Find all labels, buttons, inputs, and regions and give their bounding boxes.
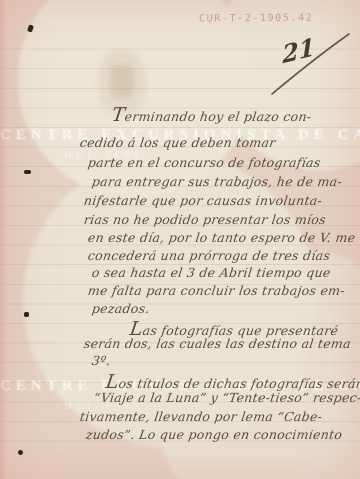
- manuscript-line: serán dos, las cuales las destino al tem…: [83, 336, 352, 351]
- manuscript-line: me falta para concluir los trabajos em-: [87, 283, 346, 298]
- scanned-manuscript-page: CUR-T-2-1905.42 21 CENTRE EXCURSIONISTA …: [0, 0, 360, 479]
- manuscript-line: “Viaje a la Luna” y “Tente-tieso” respec…: [93, 390, 360, 405]
- ink-dot: [24, 170, 31, 174]
- manuscript-line: tivamente, llevando por lema “Cabe-: [79, 409, 323, 424]
- manuscript-line: en este día, por lo tanto espero de V. m…: [87, 230, 357, 245]
- manuscript-line: parte en el concurso de fotografías: [87, 155, 322, 170]
- ink-dot: [18, 450, 23, 455]
- manuscript-line: rias no he podido presentar los míos: [83, 212, 327, 227]
- manuscript-line: Terminando hoy el plazo con-: [110, 104, 313, 126]
- manuscript-line: o sea hasta el 3 de Abril tiempo que: [91, 265, 332, 280]
- manuscript-line: para entregar sus trabajos, he de ma-: [91, 174, 343, 189]
- manuscript-line: zudos”. Lo que pongo en conocimiento: [85, 427, 343, 442]
- manuscript-line: concederá una prórroga de tres días: [87, 248, 331, 263]
- ink-dot: [24, 312, 29, 317]
- manuscript-line: pezados.: [91, 301, 151, 316]
- manuscript-line: 3º.: [91, 353, 112, 368]
- archive-reference-stamp: CUR-T-2-1905.42: [199, 12, 349, 24]
- manuscript-line: nifestarle que por causas involunta-: [83, 193, 323, 208]
- manuscript-line: cedido á los que deben tomar: [79, 135, 277, 150]
